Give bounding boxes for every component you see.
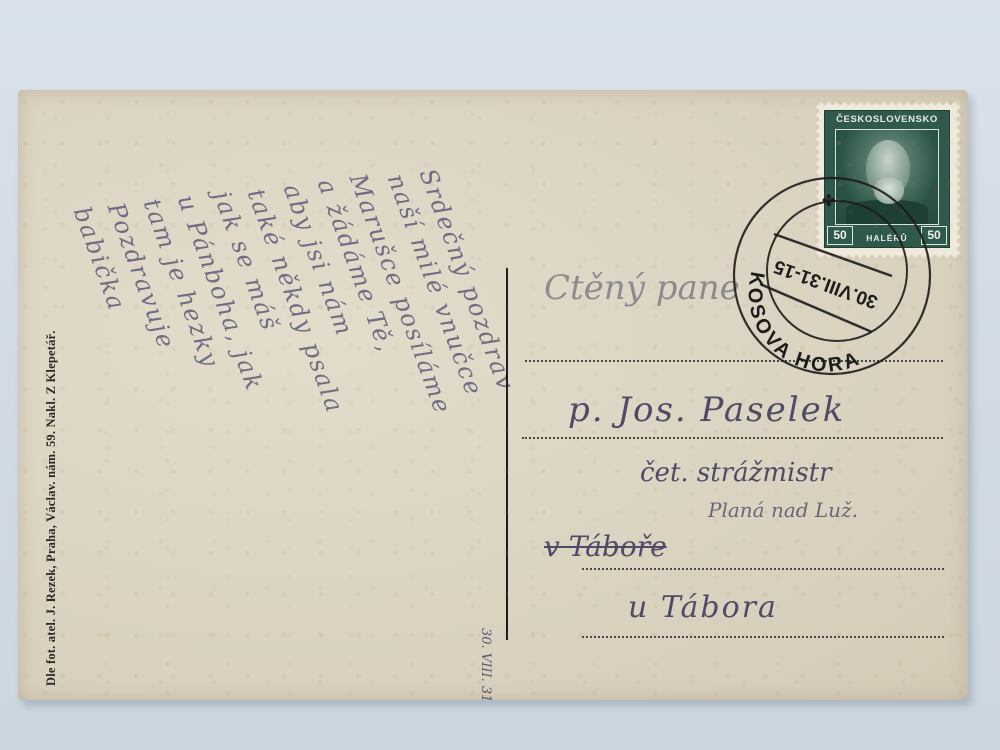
postmark-date: 30.VIII.31-15 — [771, 255, 881, 312]
postmark: KOSOVA HORA 30.VIII.31-15 ✤ — [722, 176, 932, 386]
address-town-struck: v Táboře — [544, 530, 667, 563]
address-line-3 — [582, 568, 944, 570]
address-correction: Planá nad Luž. — [708, 498, 858, 522]
stamp-country: ČESKOSLOVENSKO — [825, 114, 949, 125]
date-note: 30. VIII. 31 — [478, 628, 493, 700]
address-salutation: Ctěný pane — [544, 268, 740, 308]
address-region: u Tábora — [628, 590, 778, 625]
svg-text:✤: ✤ — [822, 191, 835, 210]
handwritten-message: Srdečný pozdrav naší milé vnučce Marušce… — [48, 165, 478, 685]
address-title: čet. strážmistr — [640, 458, 832, 488]
divider-line — [506, 268, 508, 640]
postmark-cancel-icon: KOSOVA HORA 30.VIII.31-15 ✤ — [722, 176, 932, 386]
address-line-4 — [582, 636, 944, 638]
address-recipient: p. Jos. Paselek — [568, 390, 845, 430]
postcard: Dle fot. atel. J. Rezek, Praha, Václav. … — [18, 90, 968, 700]
address-line-2 — [522, 437, 943, 439]
